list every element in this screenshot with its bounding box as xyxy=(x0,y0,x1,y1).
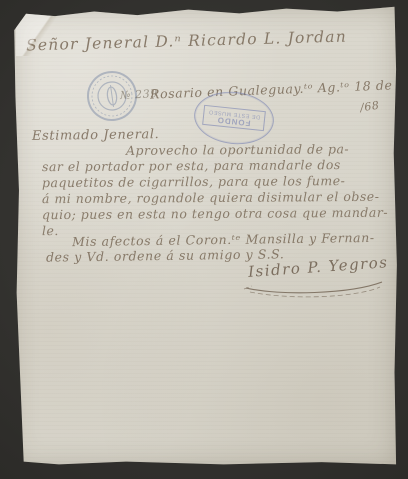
signature-flourish-icon xyxy=(240,276,390,302)
oval-stamp-text-box: FONDO DE ESTE MUSEO xyxy=(202,105,265,131)
photograph-of-letter: { "colors": { "background": "#33322f", "… xyxy=(0,0,408,479)
letter-paper: Señor Jeneral D.ⁿ Ricardo L. Jordan № 23… xyxy=(8,4,400,470)
letter-body: Aprovecho la oportunidad de pa- sar el p… xyxy=(42,142,372,238)
dateline-year: /68 xyxy=(359,99,380,115)
